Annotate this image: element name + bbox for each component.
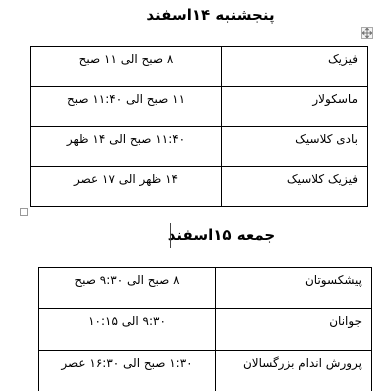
table-resize-handle[interactable]: [20, 208, 28, 216]
table-row: فیزیک کلاسیک ۱۴ ظهر الی ۱۷ عصر: [31, 167, 368, 207]
class-time-cell[interactable]: ۱۱ صبح الی ۱۱:۴۰ صبح: [31, 87, 222, 127]
table-row: بادی کلاسیک ۱۱:۴۰ صبح الی ۱۴ ظهر: [31, 127, 368, 167]
table-move-handle[interactable]: [361, 27, 373, 39]
class-name-cell[interactable]: فیزیک کلاسیک: [222, 167, 368, 207]
four-arrow-move-icon: [362, 28, 372, 38]
table-row: جوانان ۹:۳۰ الی ۱۰:۱۵: [39, 309, 372, 351]
class-time-cell[interactable]: ۱۴ ظهر الی ۱۷ عصر: [31, 167, 222, 207]
class-time-cell[interactable]: ۹:۳۰ الی ۱۰:۱۵: [39, 309, 216, 351]
table-row: ماسکولار ۱۱ صبح الی ۱۱:۴۰ صبح: [31, 87, 368, 127]
class-name-cell[interactable]: ماسکولار: [222, 87, 368, 127]
class-time-cell[interactable]: ۸ صبح الی ۹:۳۰ صبح: [39, 268, 216, 309]
class-name-cell[interactable]: جوانان: [216, 309, 372, 351]
table-row: پرورش اندام بزرگسالان ۱:۳۰ صبح الی ۱۶:۳۰…: [39, 351, 372, 391]
class-name-cell[interactable]: پرورش اندام بزرگسالان: [216, 351, 372, 391]
class-name-cell[interactable]: بادی کلاسیک: [222, 127, 368, 167]
schedule-table-friday: پیشکسوتان ۸ صبح الی ۹:۳۰ صبح جوانان ۹:۳۰…: [38, 267, 372, 391]
table-row: فیزیک ۸ صبح الی ۱۱ صبح: [31, 47, 368, 87]
class-time-cell[interactable]: ۸ صبح الی ۱۱ صبح: [31, 47, 222, 87]
class-time-cell[interactable]: ۱۱:۴۰ صبح الی ۱۴ ظهر: [31, 127, 222, 167]
schedule-table-thursday: فیزیک ۸ صبح الی ۱۱ صبح ماسکولار ۱۱ صبح ا…: [30, 46, 368, 207]
day-heading-friday[interactable]: جمعه ۱۵اسفند: [32, 224, 379, 246]
day-heading-thursday[interactable]: پنجشنبه ۱۴اسفند: [21, 4, 379, 26]
table-row: پیشکسوتان ۸ صبح الی ۹:۳۰ صبح: [39, 268, 372, 309]
class-time-cell[interactable]: ۱:۳۰ صبح الی ۱۶:۳۰ عصر: [39, 351, 216, 391]
document-page: پنجشنبه ۱۴اسفند فیزیک ۸ صبح الی ۱۱ صبح م…: [0, 0, 379, 391]
class-name-cell[interactable]: پیشکسوتان: [216, 268, 372, 309]
text-cursor-caret: [170, 223, 171, 248]
class-name-cell[interactable]: فیزیک: [222, 47, 368, 87]
